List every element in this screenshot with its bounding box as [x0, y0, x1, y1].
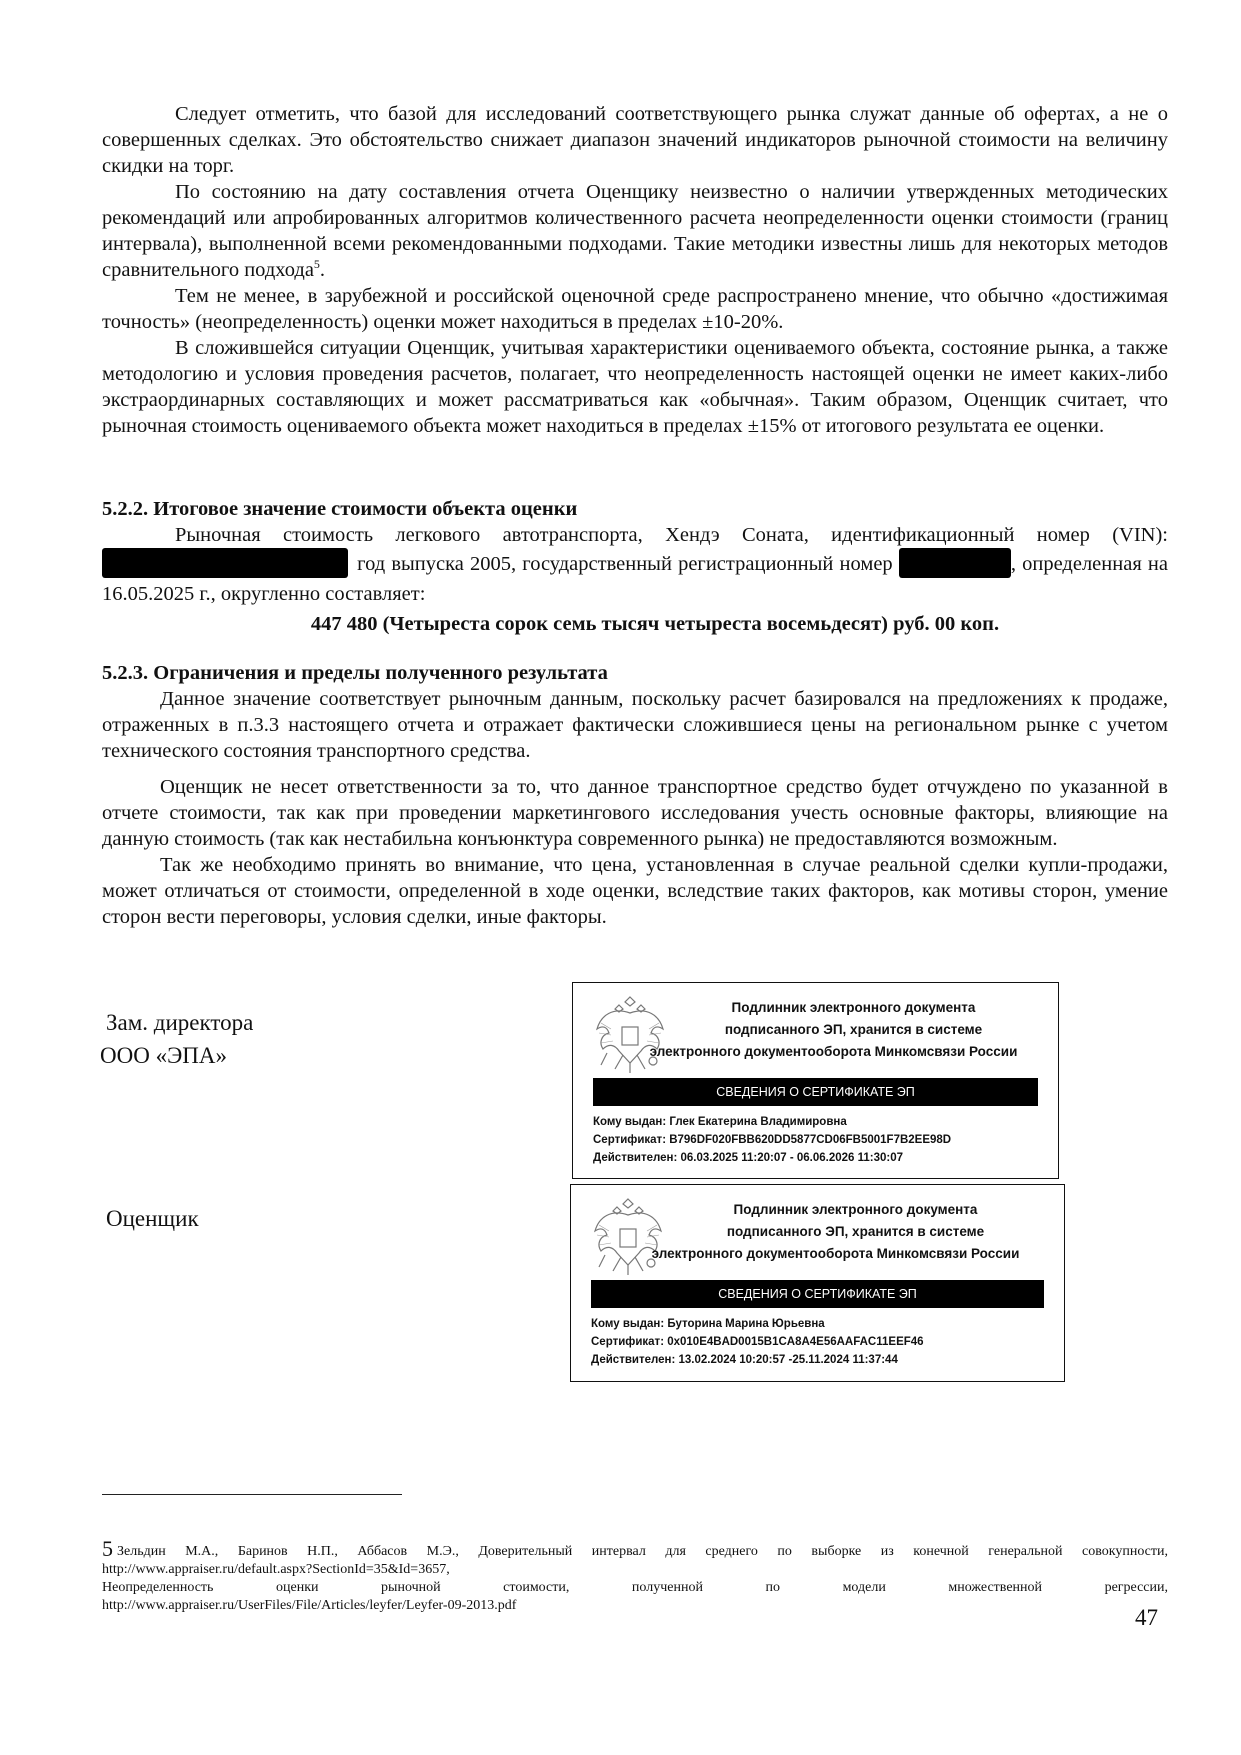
stamp-heading: Подлинник электронного документа подписа… — [663, 997, 1044, 1063]
value-paragraph-line1: Рыночная стоимость легкового автотранспо… — [102, 522, 1168, 548]
certificate-serial: Сертификат: B796DF020FBB620DD5877CD06FB5… — [593, 1131, 951, 1149]
section-heading-522: 5.2.2. Итоговое значение стоимости объек… — [102, 496, 1168, 522]
paragraph-offers: Следует отметить, что базой для исследов… — [102, 101, 1168, 179]
paragraph-uncertainty: В сложившейся ситуации Оценщик, учитывая… — [102, 335, 1168, 439]
footnote-link-1[interactable]: http://www.appraiser.ru/default.aspx?Sec… — [102, 1561, 1168, 1579]
value-paragraph-rest: год выпуска 2005, государственный регист… — [102, 548, 1168, 609]
intro-paragraphs: Следует отметить, что базой для исследов… — [102, 101, 1168, 439]
section-final-value: 5.2.2. Итоговое значение стоимости объек… — [102, 496, 1168, 637]
issued-to: Кому выдан: Буторина Марина Юрьевна — [591, 1315, 924, 1333]
paragraph-methodology: По состоянию на дату составления отчета … — [102, 179, 1168, 283]
issued-to: Кому выдан: Глек Екатерина Владимировна — [593, 1113, 951, 1131]
validity-period: Действителен: 06.03.2025 11:20:07 - 06.0… — [593, 1149, 951, 1167]
director-title: Зам. директора — [106, 1007, 253, 1039]
section-limitations: 5.2.3. Ограничения и пределы полученного… — [102, 660, 1168, 930]
validity-period: Действителен: 13.02.2024 10:20:57 -25.11… — [591, 1351, 924, 1369]
footnote-link-2[interactable]: http://www.appraiser.ru/UserFiles/File/A… — [102, 1597, 1168, 1615]
document-page: Следует отметить, что базой для исследов… — [0, 0, 1241, 1755]
certificate-info-bar: СВЕДЕНИЯ О СЕРТИФИКАТЕ ЭП — [591, 1280, 1044, 1308]
final-value-total: 447 480 (Четыреста сорок семь тысяч четы… — [102, 611, 1168, 637]
footnote-line-3: Неопределенность оценки рыночной стоимос… — [102, 1579, 1168, 1597]
appraiser-title: Оценщик — [106, 1203, 199, 1235]
certificate-info-bar: СВЕДЕНИЯ О СЕРТИФИКАТЕ ЭП — [593, 1078, 1038, 1106]
limitations-paragraph-2: Оценщик не несет ответственности за то, … — [102, 774, 1168, 852]
paragraph-accuracy: Тем не менее, в зарубежной и российской … — [102, 283, 1168, 335]
footnote-line-1: 5Зельдин М.А., Баринов Н.П., Аббасов М.Э… — [102, 1540, 1168, 1561]
limitations-paragraph-1: Данное значение соответствует рыночным д… — [102, 686, 1168, 764]
stamp-heading: Подлинник электронного документа подписа… — [661, 1199, 1050, 1265]
company-name: ООО «ЭПА» — [100, 1040, 227, 1072]
certificate-serial: Сертификат: 0x010E4BAD0015B1CA8A4E56AAFA… — [591, 1333, 924, 1351]
e-signature-stamp-appraiser: Подлинник электронного документа подписа… — [570, 1184, 1065, 1382]
e-signature-stamp-director: Подлинник электронного документа подписа… — [572, 982, 1059, 1179]
certificate-details: Кому выдан: Глек Екатерина Владимировна … — [593, 1113, 951, 1167]
limitations-paragraph-3: Так же необходимо принять во внимание, ч… — [102, 852, 1168, 930]
footnote: 5Зельдин М.А., Баринов Н.П., Аббасов М.Э… — [102, 1540, 1168, 1615]
page-number: 47 — [1135, 1605, 1158, 1631]
section-heading-523: 5.2.3. Ограничения и пределы полученного… — [102, 660, 1168, 686]
certificate-details: Кому выдан: Буторина Марина Юрьевна Серт… — [591, 1315, 924, 1369]
footnote-separator — [102, 1494, 402, 1495]
redacted-vin — [102, 548, 348, 578]
redacted-reg-number — [899, 548, 1011, 578]
